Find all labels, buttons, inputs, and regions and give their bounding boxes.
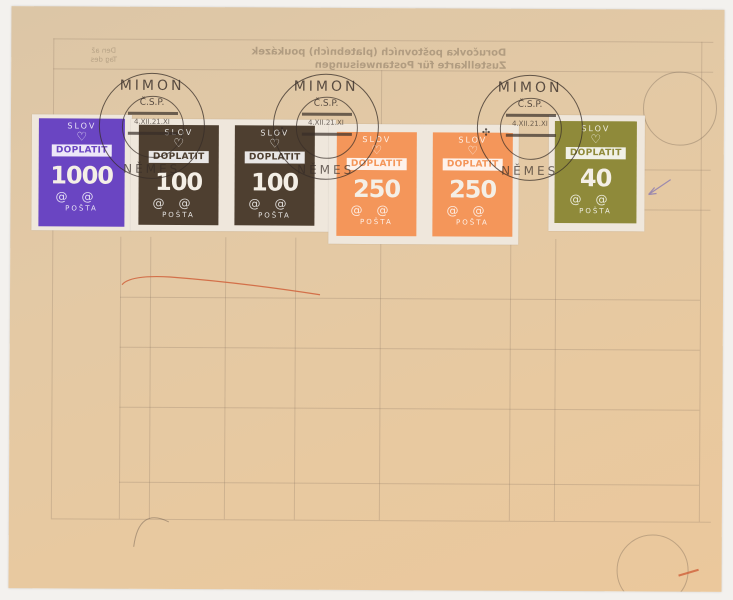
pencil-annotations (8, 6, 724, 592)
postal-document: Den až Tag des Doručovka poštovních (pla… (8, 6, 724, 592)
